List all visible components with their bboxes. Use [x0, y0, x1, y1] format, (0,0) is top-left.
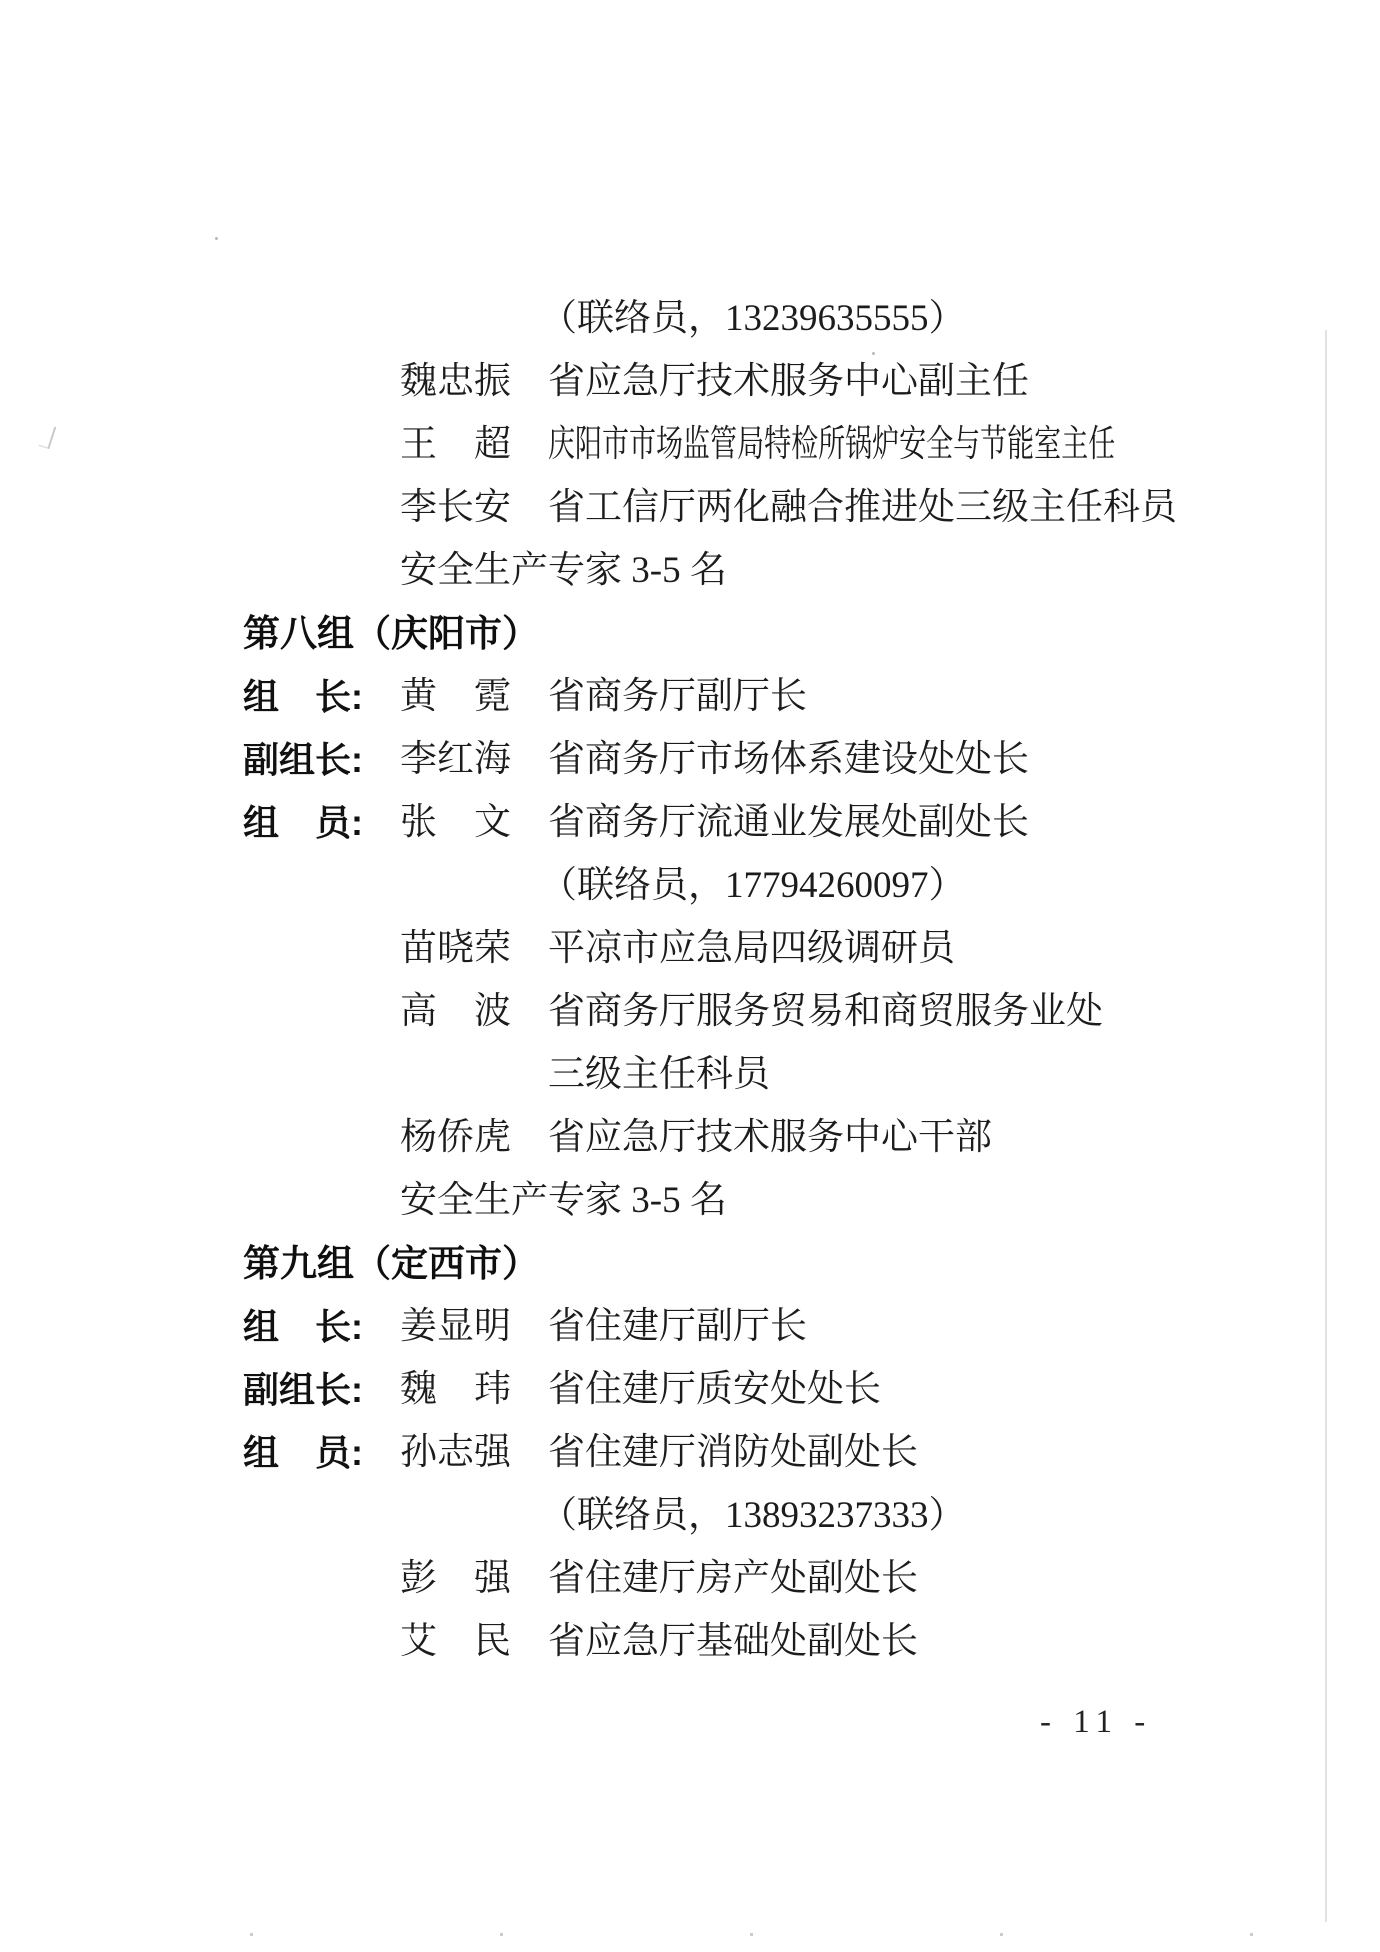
doc-line: 王 超庆阳市市场监管局特检所锅炉安全与节能室主任 [0, 413, 1380, 476]
person-name: 苗晓荣 [400, 917, 511, 980]
person-title: 省工信厅两化融合推进处三级主任科员 [548, 476, 1177, 539]
role-label: 组 长: [243, 1295, 363, 1358]
role-label: 组 员: [243, 1421, 363, 1484]
person-name: 姜显明 [400, 1295, 511, 1358]
doc-line: 安全生产专家 3-5 名 [0, 539, 1380, 602]
scan-artifact-edge-line [1325, 330, 1327, 1922]
doc-line: （联络员，13239635555） [0, 287, 1380, 350]
contact-info: （联络员，17794260097） [540, 854, 966, 917]
person-name: 黄 霓 [400, 665, 511, 728]
scan-artifact-dot [750, 1933, 753, 1936]
doc-line: 副组长:李红海省商务厅市场体系建设处处长 [0, 728, 1380, 791]
scan-artifact-speck [872, 352, 875, 355]
person-title: 庆阳市市场监管局特检所锅炉安全与节能室主任 [548, 413, 1115, 476]
role-label: 组 长: [243, 665, 363, 728]
scan-artifact-dot [500, 1933, 503, 1936]
person-title: 省商务厅市场体系建设处处长 [548, 728, 1029, 791]
doc-line: 高 波省商务厅服务贸易和商贸服务业处 [0, 980, 1380, 1043]
doc-line: 李长安省工信厅两化融合推进处三级主任科员 [0, 476, 1380, 539]
doc-line: 三级主任科员 [0, 1043, 1380, 1106]
contact-info: （联络员，13893237333） [540, 1484, 966, 1547]
person-name: 孙志强 [400, 1421, 511, 1484]
expert-note: 安全生产专家 3-5 名 [400, 1169, 727, 1232]
person-name: 张 文 [400, 791, 511, 854]
document-body: （联络员，13239635555）魏忠振省应急厅技术服务中心副主任王 超庆阳市市… [0, 0, 1380, 1952]
group-header: 第九组（定西市） [243, 1232, 539, 1295]
doc-line: 艾 民省应急厅基础处副处长 [0, 1610, 1380, 1673]
doc-line: （联络员，17794260097） [0, 854, 1380, 917]
continuation-text: 三级主任科员 [548, 1043, 770, 1106]
person-title: 省商务厅流通业发展处副处长 [548, 791, 1029, 854]
person-title: 平凉市应急局四级调研员 [548, 917, 955, 980]
person-title: 省应急厅技术服务中心副主任 [548, 350, 1029, 413]
scan-artifact-dot [1000, 1933, 1003, 1936]
scan-artifact-speck [215, 237, 218, 240]
role-label: 副组长: [243, 1358, 363, 1421]
person-title: 省住建厅消防处副处长 [548, 1421, 918, 1484]
role-label: 组 员: [243, 791, 363, 854]
doc-line: 魏忠振省应急厅技术服务中心副主任 [0, 350, 1380, 413]
scan-artifact-dot [250, 1933, 253, 1936]
person-name: 王 超 [400, 413, 511, 476]
person-title: 省商务厅服务贸易和商贸服务业处 [548, 980, 1103, 1043]
doc-line: 第八组（庆阳市） [0, 602, 1380, 665]
page-number: - 11 - [1040, 1698, 1152, 1746]
person-name: 李红海 [400, 728, 511, 791]
doc-line: （联络员，13893237333） [0, 1484, 1380, 1547]
doc-line: 副组长:魏 玮省住建厅质安处处长 [0, 1358, 1380, 1421]
contact-info: （联络员，13239635555） [540, 287, 966, 350]
doc-line: 安全生产专家 3-5 名 [0, 1169, 1380, 1232]
person-title: 省住建厅质安处处长 [548, 1358, 881, 1421]
doc-line: 彭 强省住建厅房产处副处长 [0, 1547, 1380, 1610]
person-name: 魏 玮 [400, 1358, 511, 1421]
doc-line: 苗晓荣平凉市应急局四级调研员 [0, 917, 1380, 980]
scan-artifact-dot [1250, 1933, 1253, 1936]
person-title: 省住建厅副厅长 [548, 1295, 807, 1358]
role-label: 副组长: [243, 728, 363, 791]
person-title: 省应急厅技术服务中心干部 [548, 1106, 992, 1169]
doc-line: 组 员:孙志强省住建厅消防处副处长 [0, 1421, 1380, 1484]
document-page: （联络员，13239635555）魏忠振省应急厅技术服务中心副主任王 超庆阳市市… [0, 0, 1380, 1952]
person-name: 艾 民 [400, 1610, 511, 1673]
doc-line: 第九组（定西市） [0, 1232, 1380, 1295]
doc-line: 组 员:张 文省商务厅流通业发展处副处长 [0, 791, 1380, 854]
person-title: 省应急厅基础处副处长 [548, 1610, 918, 1673]
group-header: 第八组（庆阳市） [243, 602, 539, 665]
person-name: 杨侨虎 [400, 1106, 511, 1169]
person-name: 高 波 [400, 980, 511, 1043]
person-name: 李长安 [400, 476, 511, 539]
doc-line: 杨侨虎省应急厅技术服务中心干部 [0, 1106, 1380, 1169]
person-title: 省商务厅副厅长 [548, 665, 807, 728]
doc-line: 组 长:姜显明省住建厅副厅长 [0, 1295, 1380, 1358]
expert-note: 安全生产专家 3-5 名 [400, 539, 727, 602]
doc-line: 组 长:黄 霓省商务厅副厅长 [0, 665, 1380, 728]
person-name: 彭 强 [400, 1547, 511, 1610]
person-name: 魏忠振 [400, 350, 511, 413]
person-title: 省住建厅房产处副处长 [548, 1547, 918, 1610]
